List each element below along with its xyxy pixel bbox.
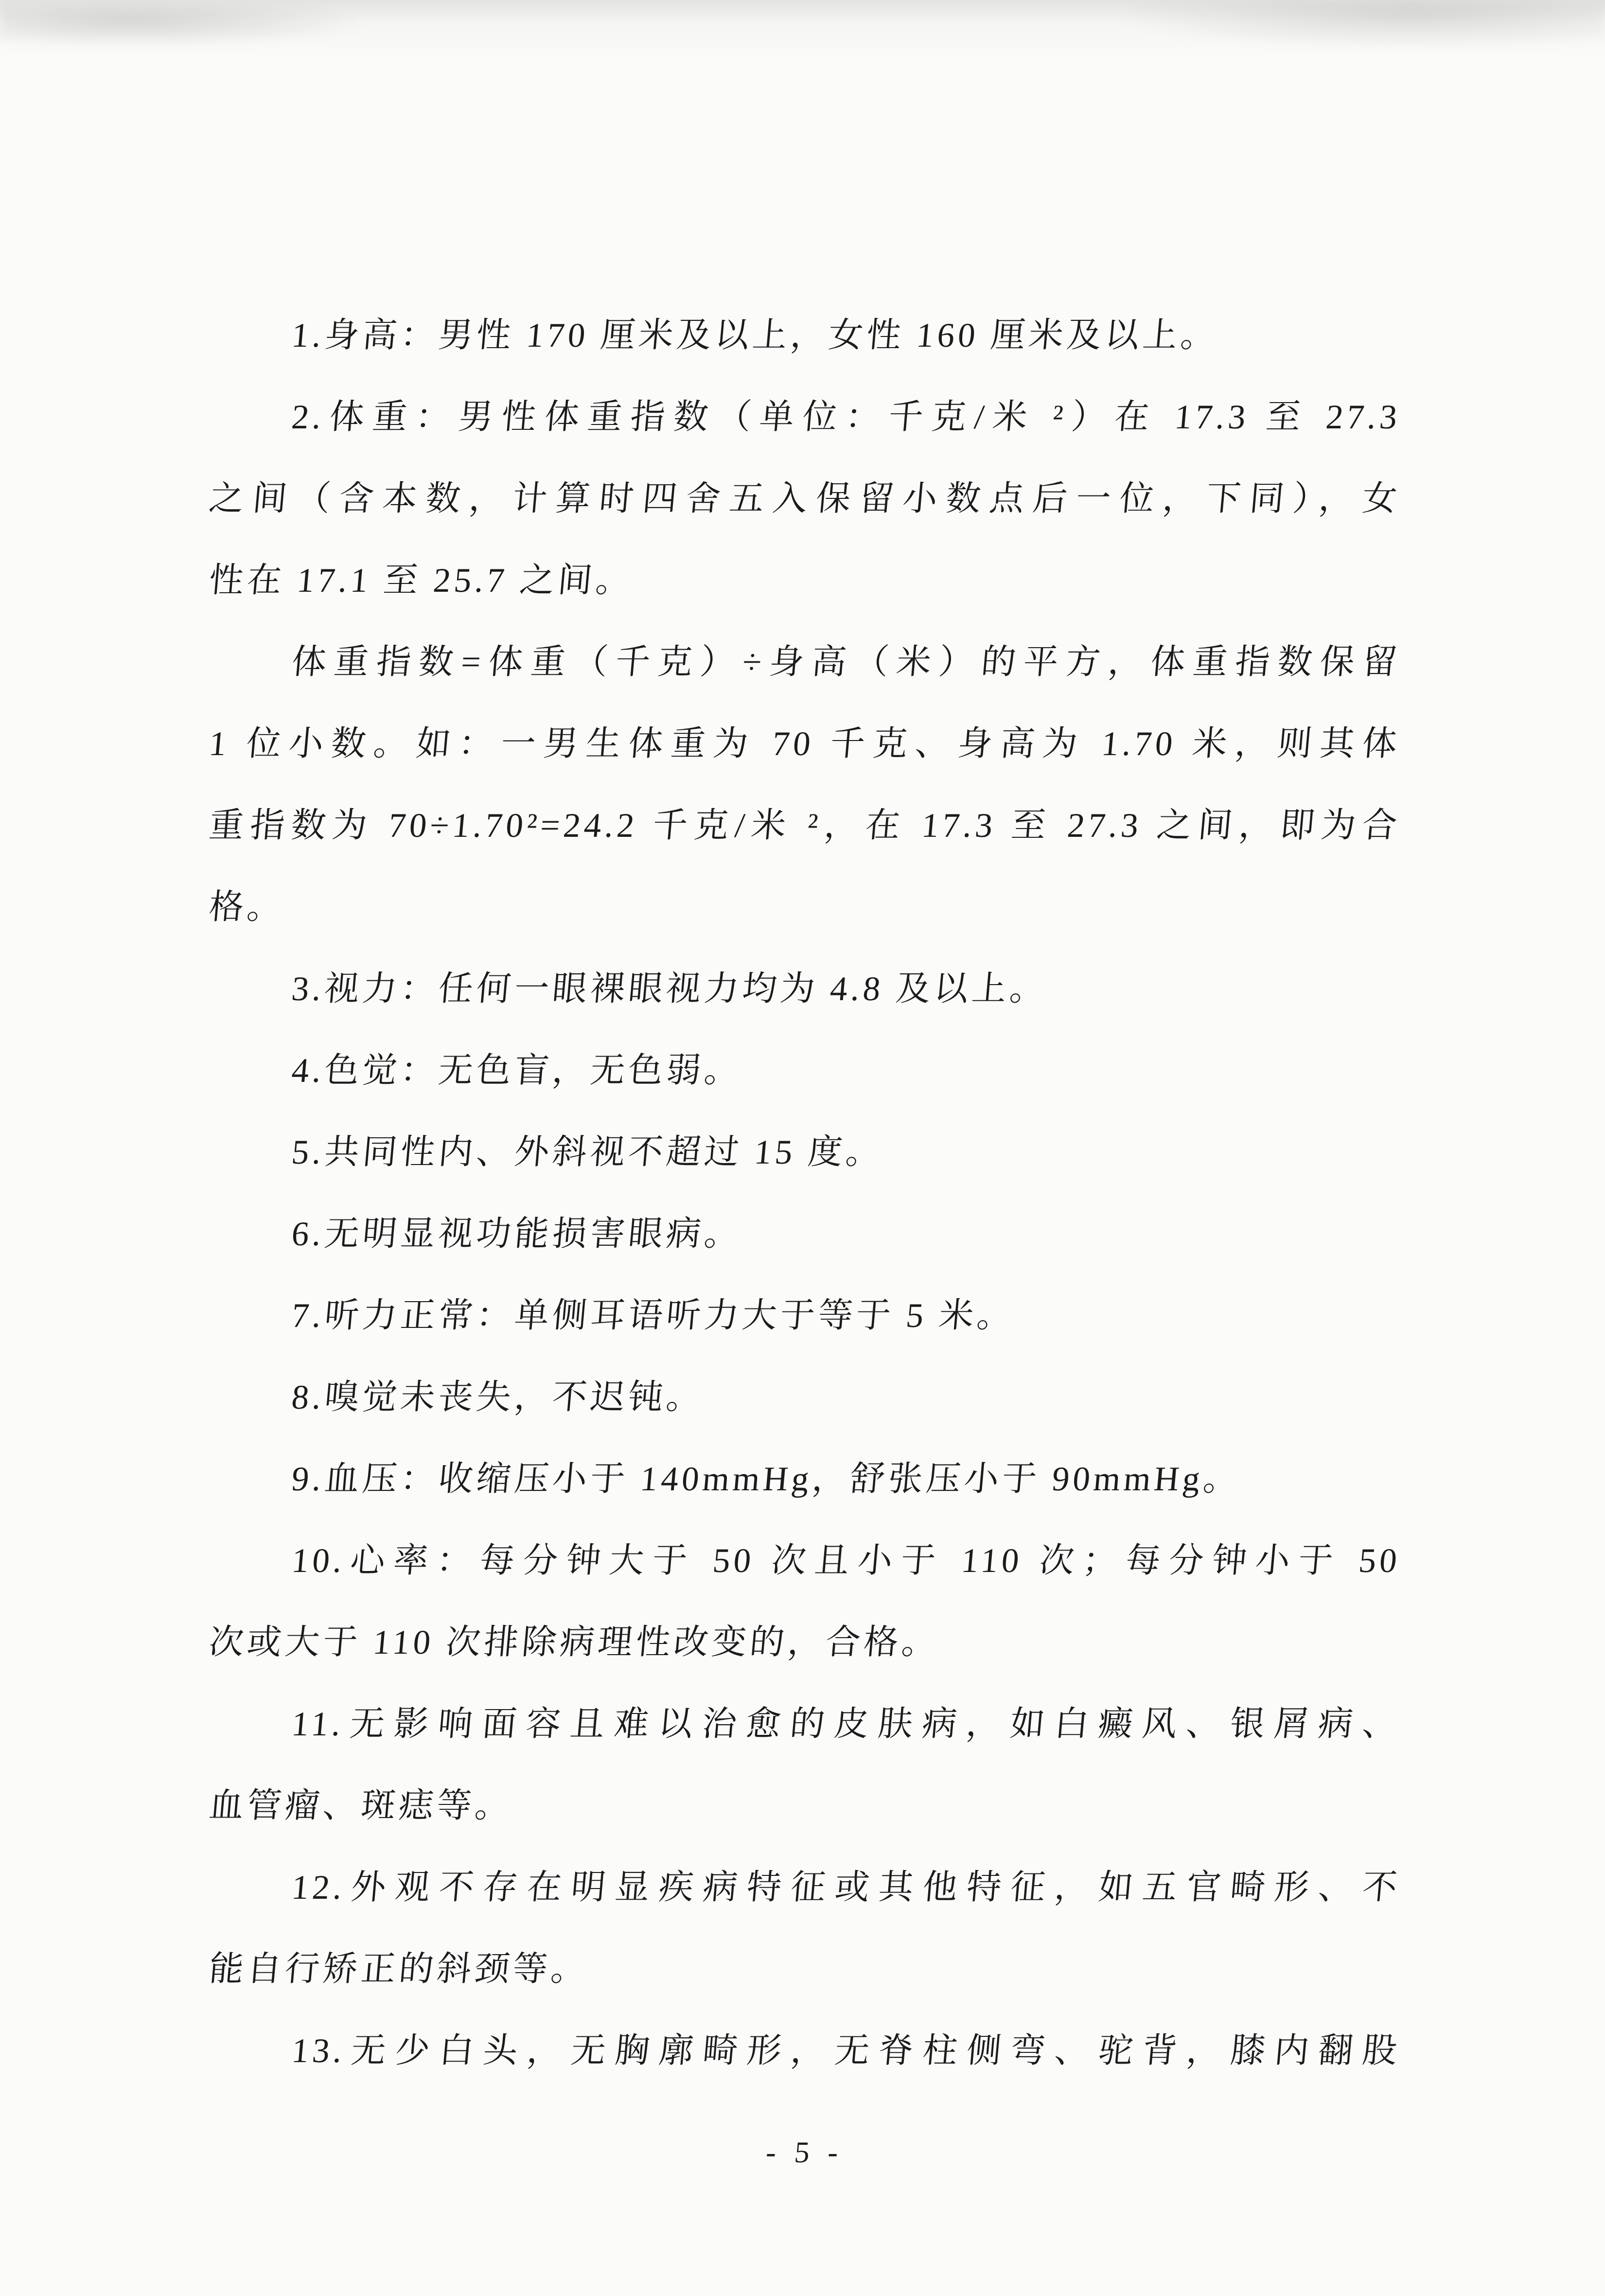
text-line: 1.身高：男性 170 厘米及以上，女性 160 厘米及以上。 <box>206 295 1404 376</box>
text-line: 6.无明显视功能损害眼病。 <box>206 1193 1404 1275</box>
text-line: 次或大于 110 次排除病理性改变的，合格。 <box>206 1602 1404 1683</box>
text-line: 11.无影响面容且难以治愈的皮肤病，如白癜风、银屑病、 <box>206 1683 1404 1765</box>
text-line: 13.无少白头，无胸廓畸形，无脊柱侧弯、驼背，膝内翻股 <box>206 2010 1404 2092</box>
text-line: 4.色觉：无色盲，无色弱。 <box>206 1030 1404 1112</box>
text-line: 9.血压：收缩压小于 140mmHg，舒张压小于 90mmHg。 <box>206 1438 1404 1520</box>
text-line: 3.视力：任何一眼裸眼视力均为 4.8 及以上。 <box>206 948 1404 1030</box>
text-line: 2.体重：男性体重指数（单位：千克/米 ²）在 17.3 至 27.3 <box>206 376 1404 458</box>
text-line: 体重指数=体重（千克）÷身高（米）的平方，体重指数保留 <box>206 621 1404 703</box>
text-line: 血管瘤、斑痣等。 <box>206 1765 1404 1847</box>
document-page: 1.身高：男性 170 厘米及以上，女性 160 厘米及以上。 2.体重：男性体… <box>0 0 1605 2296</box>
document-body: 1.身高：男性 170 厘米及以上，女性 160 厘米及以上。 2.体重：男性体… <box>209 295 1400 2193</box>
text-line: 重指数为 70÷1.70²=24.2 千克/米 ²，在 17.3 至 27.3 … <box>206 785 1404 866</box>
text-line: 10.心率：每分钟大于 50 次且小于 110 次；每分钟小于 50 <box>206 1520 1404 1602</box>
text-line: 1 位小数。如：一男生体重为 70 千克、身高为 1.70 米，则其体 <box>206 703 1404 785</box>
text-line: 格。 <box>206 866 1404 948</box>
scan-smudge-top-right <box>1119 0 1605 49</box>
text-line: 性在 17.1 至 25.7 之间。 <box>206 540 1404 621</box>
text-line: 5.共同性内、外斜视不超过 15 度。 <box>206 1112 1404 1193</box>
text-line: 能自行矫正的斜颈等。 <box>206 1928 1404 2010</box>
scan-smudge-top-left <box>0 4 370 48</box>
text-line: 12.外观不存在明显疾病特征或其他特征，如五官畸形、不 <box>206 1847 1404 1928</box>
text-line: 8.嗅觉未丧失，不迟钝。 <box>206 1357 1404 1438</box>
scan-noise-top <box>0 0 1605 58</box>
text-line: 7.听力正常：单侧耳语听力大于等于 5 米。 <box>206 1275 1404 1357</box>
page-number: - 5 - <box>206 2112 1404 2193</box>
text-line: 之间（含本数，计算时四舍五入保留小数点后一位，下同），女 <box>206 458 1404 540</box>
